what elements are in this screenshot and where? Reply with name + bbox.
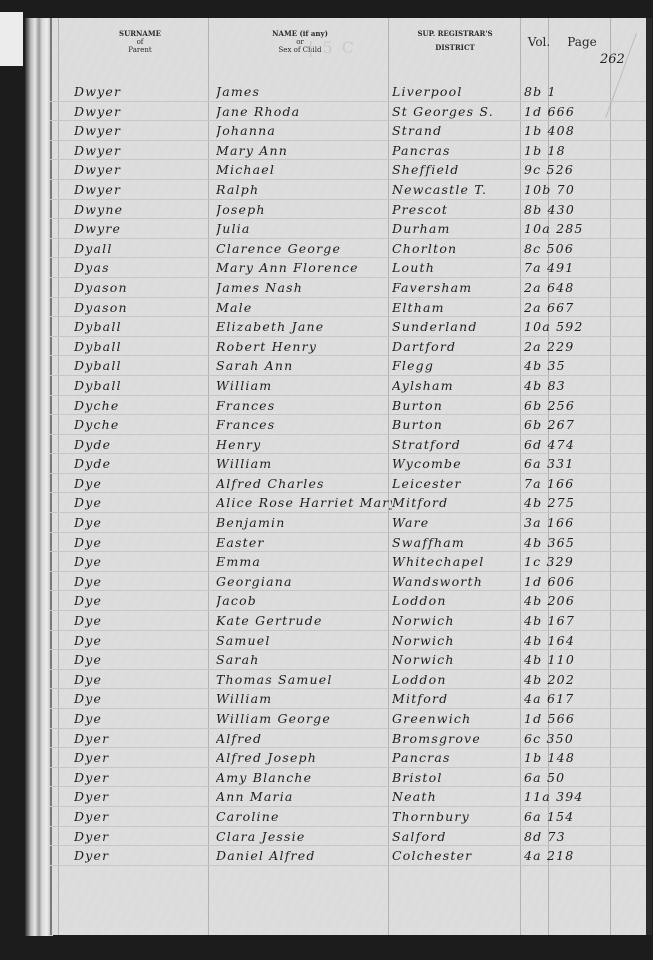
surname-cell: Dyer <box>74 789 202 804</box>
vol-page-cell: 8d 73 <box>524 829 604 844</box>
district-cell: Ware <box>392 515 520 530</box>
child-name-cell: William <box>216 456 392 471</box>
child-name-cell: Jane Rhoda <box>216 104 392 119</box>
surname-cell: Dye <box>74 476 202 491</box>
vol-page-cell: 11a 394 <box>524 789 604 804</box>
vol-page-cell: 4b 206 <box>524 593 604 608</box>
district-cell: Norwich <box>392 652 520 667</box>
entry-row: DyeSamuelNorwich4b 164 <box>50 631 646 651</box>
vol-page-cell: 4b 164 <box>524 633 604 648</box>
district-cell: Dartford <box>392 339 520 354</box>
vol-page-cell: 6c 350 <box>524 731 604 746</box>
surname-cell: Dwyer <box>74 123 202 138</box>
child-name-cell: James <box>216 84 392 99</box>
district-cell: Leicester <box>392 476 520 491</box>
vol-page-cell: 1b 18 <box>524 143 604 158</box>
header-vol: Vol. <box>524 38 554 46</box>
vol-page-cell: 6b 267 <box>524 417 604 432</box>
child-name-cell: Sarah Ann <box>216 358 392 373</box>
entry-row: DyerAnn MariaNeath11a 394 <box>50 787 646 807</box>
vol-page-cell: 4b 110 <box>524 652 604 667</box>
district-cell: Colchester <box>392 848 520 863</box>
surname-cell: Dyball <box>74 378 202 393</box>
entry-row: DyeThomas SamuelLoddon4b 202 <box>50 670 646 690</box>
district-cell: Loddon <box>392 593 520 608</box>
faint-stamp-mark: | 5 C <box>308 38 356 57</box>
vol-page-cell: 6a 331 <box>524 456 604 471</box>
vol-page-cell: 8b 1 <box>524 84 604 99</box>
entry-row: DyallClarence GeorgeChorlton8c 506 <box>50 239 646 259</box>
vol-page-cell: 1b 408 <box>524 123 604 138</box>
vol-page-cell: 8b 430 <box>524 202 604 217</box>
child-name-cell: Alice Rose Harriet Mary Ann <box>216 495 392 510</box>
surname-cell: Dye <box>74 554 202 569</box>
child-name-cell: Male <box>216 300 392 315</box>
surname-cell: Dye <box>74 613 202 628</box>
district-cell: Bristol <box>392 770 520 785</box>
child-name-cell: Elizabeth Jane <box>216 319 392 334</box>
district-cell: Stratford <box>392 437 520 452</box>
surname-cell: Dwyer <box>74 182 202 197</box>
child-name-cell: Johanna <box>216 123 392 138</box>
surname-cell: Dye <box>74 535 202 550</box>
vol-page-cell: 1d 606 <box>524 574 604 589</box>
vol-page-cell: 2a 648 <box>524 280 604 295</box>
district-cell: Burton <box>392 398 520 413</box>
surname-cell: Dwyre <box>74 221 202 236</box>
vol-page-cell: 2a 229 <box>524 339 604 354</box>
child-name-cell: Daniel Alfred <box>216 848 392 863</box>
vol-page-cell: 4b 202 <box>524 672 604 687</box>
child-name-cell: Clara Jessie <box>216 829 392 844</box>
vol-page-cell: 6d 474 <box>524 437 604 452</box>
surname-cell: Dyall <box>74 241 202 256</box>
entry-row: DyeGeorgianaWandsworth1d 606 <box>50 572 646 592</box>
surname-cell: Dye <box>74 633 202 648</box>
district-cell: Durham <box>392 221 520 236</box>
child-name-cell: William George <box>216 711 392 726</box>
vol-page-cell: 3a 166 <box>524 515 604 530</box>
entry-row: DyeJacobLoddon4b 206 <box>50 591 646 611</box>
child-name-cell: Michael <box>216 162 392 177</box>
vol-page-cell: 7a 166 <box>524 476 604 491</box>
district-cell: Newcastle T. <box>392 182 520 197</box>
entry-row: DwyerJane RhodaSt Georges S.1d 666 <box>50 102 646 122</box>
surname-cell: Dwyer <box>74 162 202 177</box>
vol-page-cell: 8c 506 <box>524 241 604 256</box>
district-cell: Neath <box>392 789 520 804</box>
district-cell: Mitford <box>392 495 520 510</box>
entry-row: DyballSarah AnnFlegg4b 35 <box>50 356 646 376</box>
child-name-cell: Amy Blanche <box>216 770 392 785</box>
district-cell: Loddon <box>392 672 520 687</box>
entry-row: DyeWilliamMitford4a 617 <box>50 689 646 709</box>
district-cell: Flegg <box>392 358 520 373</box>
header-district: SUP. REGISTRAR'S DISTRICT <box>400 30 510 52</box>
surname-cell: Dye <box>74 711 202 726</box>
child-name-cell: Mary Ann <box>216 143 392 158</box>
entry-row: DyerAmy BlancheBristol6a 50 <box>50 768 646 788</box>
surname-cell: Dwyne <box>74 202 202 217</box>
surname-cell: Dyer <box>74 770 202 785</box>
entry-row: DyerAlfredBromsgrove6c 350 <box>50 729 646 749</box>
district-cell: Aylsham <box>392 378 520 393</box>
vol-page-cell: 4b 35 <box>524 358 604 373</box>
entry-row: DwyerMary AnnPancras1b 18 <box>50 141 646 161</box>
district-cell: Wandsworth <box>392 574 520 589</box>
vol-page-cell: 1d 566 <box>524 711 604 726</box>
surname-cell: Dye <box>74 515 202 530</box>
entry-row: DwyerJamesLiverpool8b 1 <box>50 82 646 102</box>
child-name-cell: Alfred Charles <box>216 476 392 491</box>
vol-page-cell: 10a 285 <box>524 221 604 236</box>
child-name-cell: Samuel <box>216 633 392 648</box>
district-cell: Whitechapel <box>392 554 520 569</box>
entries-list: DwyerJamesLiverpool8b 1DwyerJane RhodaSt… <box>50 82 646 866</box>
surname-cell: Dyer <box>74 731 202 746</box>
entry-row: DyballWilliamAylsham4b 83 <box>50 376 646 396</box>
child-name-cell: Joseph <box>216 202 392 217</box>
vol-page-cell: 4b 167 <box>524 613 604 628</box>
vol-page-cell: 4a 617 <box>524 691 604 706</box>
child-name-cell: William <box>216 691 392 706</box>
entry-row: DwyerRalphNewcastle T.10b 70 <box>50 180 646 200</box>
vol-page-cell: 2a 667 <box>524 300 604 315</box>
vol-page-cell: 1b 148 <box>524 750 604 765</box>
entry-row: DyeKate GertrudeNorwich4b 167 <box>50 611 646 631</box>
entry-row: DydeHenryStratford6d 474 <box>50 435 646 455</box>
district-cell: Norwich <box>392 613 520 628</box>
register-header: SURNAME of Parent NAME (if any) or Sex o… <box>50 18 646 74</box>
child-name-cell: Robert Henry <box>216 339 392 354</box>
surname-cell: Dyche <box>74 417 202 432</box>
child-name-cell: Frances <box>216 398 392 413</box>
surname-cell: Dye <box>74 672 202 687</box>
child-name-cell: William <box>216 378 392 393</box>
vol-page-cell: 1c 329 <box>524 554 604 569</box>
district-cell: Chorlton <box>392 241 520 256</box>
district-cell: Wycombe <box>392 456 520 471</box>
entry-row: DydeWilliamWycombe6a 331 <box>50 454 646 474</box>
child-name-cell: Clarence George <box>216 241 392 256</box>
vol-page-cell: 6a 154 <box>524 809 604 824</box>
vol-page-cell: 4a 218 <box>524 848 604 863</box>
child-name-cell: Emma <box>216 554 392 569</box>
child-name-cell: Easter <box>216 535 392 550</box>
vol-page-cell: 10b 70 <box>524 182 604 197</box>
child-name-cell: Julia <box>216 221 392 236</box>
vol-page-cell: 4b 275 <box>524 495 604 510</box>
entry-row: DyasonJames NashFaversham2a 648 <box>50 278 646 298</box>
surname-cell: Dye <box>74 652 202 667</box>
district-cell: Sheffield <box>392 162 520 177</box>
child-name-cell: Ralph <box>216 182 392 197</box>
child-name-cell: Jacob <box>216 593 392 608</box>
surname-cell: Dye <box>74 574 202 589</box>
entry-row: DwyreJuliaDurham10a 285 <box>50 219 646 239</box>
entry-row: DycheFrancesBurton6b 256 <box>50 396 646 416</box>
entry-row: DyerAlfred JosephPancras1b 148 <box>50 748 646 768</box>
index-tab <box>0 12 23 66</box>
district-cell: Mitford <box>392 691 520 706</box>
district-cell: Sunderland <box>392 319 520 334</box>
entry-row: DyballElizabeth JaneSunderland10a 592 <box>50 317 646 337</box>
district-cell: Liverpool <box>392 84 520 99</box>
entry-row: DyeSarahNorwich4b 110 <box>50 650 646 670</box>
header-page: Page <box>562 38 602 46</box>
child-name-cell: Sarah <box>216 652 392 667</box>
child-name-cell: Kate Gertrude <box>216 613 392 628</box>
district-cell: Prescot <box>392 202 520 217</box>
entry-row: DwyneJosephPrescot8b 430 <box>50 200 646 220</box>
entry-row: DyeBenjaminWare3a 166 <box>50 513 646 533</box>
entry-row: DyerCarolineThornbury6a 154 <box>50 807 646 827</box>
surname-cell: Dyer <box>74 809 202 824</box>
district-cell: Salford <box>392 829 520 844</box>
surname-cell: Dyas <box>74 260 202 275</box>
surname-cell: Dye <box>74 495 202 510</box>
surname-cell: Dyason <box>74 300 202 315</box>
district-cell: Strand <box>392 123 520 138</box>
surname-cell: Dyer <box>74 750 202 765</box>
surname-cell: Dwyer <box>74 104 202 119</box>
district-cell: Bromsgrove <box>392 731 520 746</box>
surname-cell: Dyde <box>74 456 202 471</box>
surname-cell: Dyball <box>74 339 202 354</box>
child-name-cell: Georgiana <box>216 574 392 589</box>
vol-page-cell: 7a 491 <box>524 260 604 275</box>
district-cell: Faversham <box>392 280 520 295</box>
entry-row: DyerDaniel AlfredColchester4a 218 <box>50 846 646 866</box>
surname-cell: Dyer <box>74 829 202 844</box>
entry-row: DyeAlice Rose Harriet Mary AnnMitford4b … <box>50 493 646 513</box>
page-number: 262 <box>600 52 625 67</box>
vol-page-cell: 9c 526 <box>524 162 604 177</box>
district-cell: Norwich <box>392 633 520 648</box>
child-name-cell: Ann Maria <box>216 789 392 804</box>
surname-cell: Dye <box>74 593 202 608</box>
child-name-cell: Thomas Samuel <box>216 672 392 687</box>
entry-row: DyasonMaleEltham2a 667 <box>50 298 646 318</box>
child-name-cell: Benjamin <box>216 515 392 530</box>
child-name-cell: Frances <box>216 417 392 432</box>
child-name-cell: Caroline <box>216 809 392 824</box>
district-cell: Greenwich <box>392 711 520 726</box>
child-name-cell: Mary Ann Florence <box>216 260 392 275</box>
header-surname: SURNAME of Parent <box>90 30 190 54</box>
vol-page-cell: 6b 256 <box>524 398 604 413</box>
district-cell: Pancras <box>392 750 520 765</box>
entry-row: DyeAlfred CharlesLeicester7a 166 <box>50 474 646 494</box>
surname-cell: Dyde <box>74 437 202 452</box>
entry-row: DyballRobert HenryDartford2a 229 <box>50 337 646 357</box>
register-page: SURNAME of Parent NAME (if any) or Sex o… <box>50 18 652 935</box>
entry-row: DwyerMichaelSheffield9c 526 <box>50 160 646 180</box>
book-binding <box>25 18 53 936</box>
vol-page-cell: 6a 50 <box>524 770 604 785</box>
surname-cell: Dwyer <box>74 143 202 158</box>
district-cell: Thornbury <box>392 809 520 824</box>
surname-cell: Dyer <box>74 848 202 863</box>
surname-cell: Dyason <box>74 280 202 295</box>
district-cell: Swaffham <box>392 535 520 550</box>
district-cell: Eltham <box>392 300 520 315</box>
district-cell: Burton <box>392 417 520 432</box>
entry-row: DyeWilliam GeorgeGreenwich1d 566 <box>50 709 646 729</box>
district-cell: Louth <box>392 260 520 275</box>
vol-page-cell: 4b 365 <box>524 535 604 550</box>
entry-row: DyasMary Ann FlorenceLouth7a 491 <box>50 258 646 278</box>
child-name-cell: Alfred <box>216 731 392 746</box>
surname-cell: Dyball <box>74 319 202 334</box>
vol-page-cell: 1d 666 <box>524 104 604 119</box>
entry-row: DycheFrancesBurton6b 267 <box>50 415 646 435</box>
surname-cell: Dye <box>74 691 202 706</box>
child-name-cell: James Nash <box>216 280 392 295</box>
district-cell: St Georges S. <box>392 104 520 119</box>
child-name-cell: Henry <box>216 437 392 452</box>
entry-row: DyerClara JessieSalford8d 73 <box>50 827 646 847</box>
district-cell: Pancras <box>392 143 520 158</box>
entry-row: DyeEmmaWhitechapel1c 329 <box>50 552 646 572</box>
entry-row: DyeEasterSwaffham4b 365 <box>50 533 646 553</box>
surname-cell: Dyball <box>74 358 202 373</box>
entry-row: DwyerJohannaStrand1b 408 <box>50 121 646 141</box>
child-name-cell: Alfred Joseph <box>216 750 392 765</box>
surname-cell: Dyche <box>74 398 202 413</box>
vol-page-cell: 10a 592 <box>524 319 604 334</box>
vol-page-cell: 4b 83 <box>524 378 604 393</box>
surname-cell: Dwyer <box>74 84 202 99</box>
